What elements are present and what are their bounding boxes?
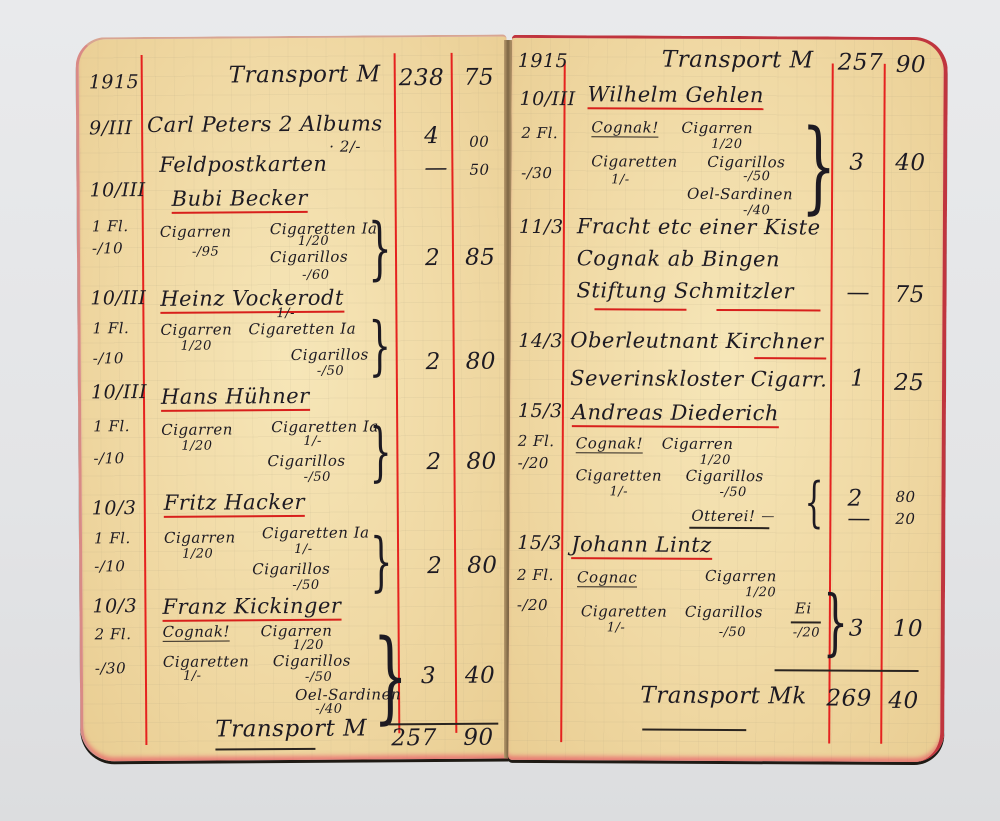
carry-in-label: Transport M: [662, 47, 814, 74]
entry-marks: —: [846, 280, 870, 306]
entry-item: Cigarillos: [686, 467, 764, 485]
entry-item-price: -/95: [192, 245, 219, 260]
entry-item: Cognak!: [576, 434, 643, 453]
carry-in-pfennig: 75: [464, 65, 494, 91]
entry-item-price: -/40: [315, 702, 342, 717]
entry-pfennig: 00: [469, 133, 489, 151]
brace: }: [823, 580, 849, 664]
entry-sub-date: 2 Fl.: [95, 625, 132, 643]
carry-out-marks: 269: [826, 686, 872, 712]
entry-pfennig: 85: [465, 245, 495, 271]
red-underline: [594, 308, 686, 310]
entry-sub-date: -/20: [517, 596, 548, 614]
entry-sub-date: 2 Fl.: [518, 432, 555, 450]
entry-date: 15/3: [518, 400, 563, 422]
entry-name: Bubi Becker: [172, 186, 308, 214]
black-underline: [689, 527, 769, 529]
year-label: 1915: [89, 71, 140, 93]
carry-in-pfennig: 90: [896, 52, 926, 78]
entry-item: Cigaretten: [581, 602, 668, 620]
right-page: 1915 Transport M 257 90 10/III 2 Fl. -/3…: [508, 35, 948, 762]
entry-item-price: -/50: [743, 169, 770, 184]
entry-item-price: 1/-: [276, 306, 295, 321]
entry-item-price: 1/20: [745, 585, 776, 600]
entry-sub-date: -/10: [92, 239, 123, 257]
pfennig-column-rule: [451, 53, 457, 733]
entry-date: 14/3: [518, 330, 563, 352]
left-page: 1915 Transport M 238 75 9/III Carl Peter…: [75, 35, 511, 762]
entry-item: Cognak!: [591, 118, 658, 137]
entry-item: Cognak!: [163, 622, 230, 641]
entry-line: Feldpostkarten: [159, 152, 327, 177]
entry-item: Cigarren: [681, 119, 753, 137]
entry-item-price: 1/20: [711, 137, 742, 152]
entry-item-price: 1/-: [609, 484, 628, 499]
entry-pfennig: 25: [894, 370, 924, 396]
entry-line: Fracht etc einer Kiste: [577, 214, 821, 239]
entry-item-price: 1/-: [294, 542, 313, 557]
entry-pfennig: 80: [467, 553, 497, 579]
red-underline: [754, 357, 826, 359]
entry-line: Cognak ab Bingen: [577, 246, 780, 271]
brace: }: [368, 209, 392, 288]
total-rule: [775, 669, 919, 671]
pfennig-column-rule: [880, 64, 885, 744]
entry-item-price: -/20: [793, 625, 820, 640]
entry-item: Otterei!: [691, 507, 755, 525]
entry-item: Cigarillos: [685, 603, 763, 621]
entry-date: 10/3: [92, 595, 137, 617]
entry-name: Heinz Vockerodt: [160, 286, 344, 314]
entry-date: 15/3: [517, 532, 562, 554]
entry-date: 10/III: [90, 287, 146, 309]
carry-in-marks: 238: [399, 65, 445, 91]
entry-item-price: -/50: [305, 670, 332, 685]
entry-item: Cigarren: [160, 320, 232, 339]
entry-name-text: Andreas Diederich: [572, 400, 779, 428]
entry-item: Cigarillos: [273, 652, 351, 671]
entry-item-price: 1/20: [298, 234, 329, 249]
ledger-notebook: 1915 Transport M 238 75 9/III Carl Peter…: [78, 36, 942, 760]
entry-item-price: 1/-: [303, 434, 322, 449]
entry-pfennig: 80: [466, 449, 496, 475]
entry-item: Cigarren: [161, 420, 233, 439]
brace: }: [370, 525, 393, 599]
entry-item-price: 1/20: [700, 453, 731, 468]
entry-marks: 2: [426, 349, 441, 375]
entry-item-price: 1/20: [181, 339, 212, 354]
entry-sub-date: 1 Fl.: [92, 217, 129, 235]
entry-pfennig: 80: [895, 488, 915, 506]
entry-date: 10/III: [91, 381, 147, 403]
entry-line: Oberleutnant Kirchner: [570, 328, 823, 353]
entry-sub-date: -/10: [94, 557, 125, 575]
entry-marks: 2: [427, 553, 442, 579]
entry-item: Cigarren: [160, 222, 232, 241]
entry-name-text: Wilhelm Gehlen: [588, 82, 764, 110]
entry-item: Cigaretten: [163, 652, 250, 671]
carry-out-pfennig: 90: [463, 725, 493, 751]
entry-marks: 4: [424, 123, 439, 149]
carry-out-marks: 257: [391, 725, 437, 751]
entry-marks: 3: [849, 616, 864, 642]
entry-item: Cigarren: [705, 567, 777, 585]
entry-item-price: 1/20: [293, 638, 324, 653]
entry-marks: 3: [849, 150, 864, 176]
entry-sub-date: -/10: [93, 449, 124, 467]
entry-date: 11/3: [519, 216, 564, 238]
entry-sub-date: -/30: [521, 164, 552, 182]
entry-date: 10/3: [92, 497, 137, 519]
entry-item-price: —: [761, 509, 775, 524]
black-underline: [791, 621, 821, 623]
entry-sub-date: 1 Fl.: [93, 417, 130, 435]
entry-line: Stiftung Schmitzler: [577, 278, 795, 303]
carry-out-underline: [215, 748, 315, 750]
entry-marks: 1: [850, 366, 865, 392]
entry-line: Carl Peters 2 Albums: [147, 111, 383, 137]
entry-item-price: -/50: [719, 485, 746, 500]
entry-name: Franz Kickinger: [162, 594, 341, 619]
entry-extra-marks: —: [847, 506, 871, 532]
entry-date: 9/III: [89, 117, 133, 139]
entry-marks: 3: [421, 663, 436, 689]
entry-item-price: 1/20: [182, 547, 213, 562]
entry-pfennig: 50: [469, 161, 489, 179]
entry-marks: 2: [425, 245, 440, 271]
entry-item: Cigarillos: [267, 452, 345, 471]
entry-sub-date: -/20: [518, 454, 549, 472]
entry-item: Oel-Sardinen: [687, 185, 793, 204]
entry-sub-date: 2 Fl.: [521, 124, 558, 142]
entry-item: Cigarillos: [252, 560, 330, 579]
entry-item-price: -/50: [317, 364, 344, 379]
entry-item-price: -/60: [302, 268, 329, 283]
entry-marks: —: [424, 155, 448, 181]
entry-pfennig: 75: [894, 282, 924, 308]
brace: }: [373, 617, 409, 734]
entry-item: Cigarren: [662, 435, 734, 453]
entry-item: Cigaretten Ia: [248, 320, 356, 339]
entry-marks: 2: [426, 449, 441, 475]
entry-extra-pfennig: 20: [895, 510, 915, 528]
entry-pfennig: 40: [895, 150, 925, 176]
entry-name: Wilhelm Gehlen: [588, 82, 764, 107]
entry-sub-date: 1 Fl.: [92, 319, 129, 337]
entry-item: Cigaretten: [576, 466, 663, 484]
brace: }: [801, 107, 837, 224]
entry-pfennig: 10: [893, 616, 923, 642]
entry-sub-date: 2 Fl.: [517, 566, 554, 584]
entry-name: Hans Hühner: [161, 384, 310, 412]
carry-in-marks: 257: [838, 50, 884, 76]
entry-item: Cigaretten Ia: [262, 523, 370, 542]
entry-item: Cigarillos: [291, 345, 369, 364]
entry-name-text: Franz Kickinger: [162, 594, 341, 622]
entry-date: 10/III: [520, 88, 576, 110]
entry-name: Fritz Hacker: [164, 490, 305, 518]
entry-sub-date: -/10: [93, 349, 124, 367]
entry-pfennig: 80: [466, 349, 496, 375]
entry-item-price: 1/20: [181, 439, 212, 454]
brace: }: [804, 475, 823, 538]
entry-item-price: 1/-: [607, 620, 626, 635]
entry-sub-date: -/30: [95, 659, 126, 677]
entry-item-price: -/50: [719, 625, 746, 640]
entry-name: Johann Lintz: [571, 532, 712, 557]
entry-pfennig: 40: [465, 663, 495, 689]
entry-item: Cigaretten Ia: [271, 417, 379, 436]
entry-item: Cigaretten: [591, 152, 678, 170]
carry-out-underline: [642, 729, 746, 731]
carry-out-pfennig: 40: [888, 688, 918, 714]
carry-out-label: Transport M: [215, 715, 367, 742]
entry-name: Andreas Diederich: [572, 400, 779, 425]
red-underline: [716, 309, 820, 311]
entry-item-price: 1/-: [183, 669, 202, 684]
carry-in-label: Transport M: [229, 61, 381, 88]
entry-line: Severinskloster Cigarr.: [570, 366, 827, 391]
entry-item: Cognac: [577, 568, 637, 587]
entry-date: 10/III: [89, 179, 145, 201]
brace: }: [368, 309, 391, 383]
entry-name-text: Johann Lintz: [571, 532, 712, 560]
year-label: 1915: [518, 50, 568, 72]
entry-item: Cigarren: [164, 528, 236, 547]
carry-out-label: Transport Mk: [640, 683, 806, 710]
entry-item: Cigarillos: [270, 248, 348, 267]
entry-item-price: 1/-: [611, 172, 630, 187]
entry-item-price: -/50: [292, 578, 319, 593]
entry-line: · 2/-: [329, 138, 361, 156]
entry-item-price: -/50: [304, 470, 331, 485]
brace: }: [369, 415, 392, 489]
entry-item: Ei: [795, 599, 812, 617]
entry-sub-date: 1 Fl.: [94, 529, 131, 547]
